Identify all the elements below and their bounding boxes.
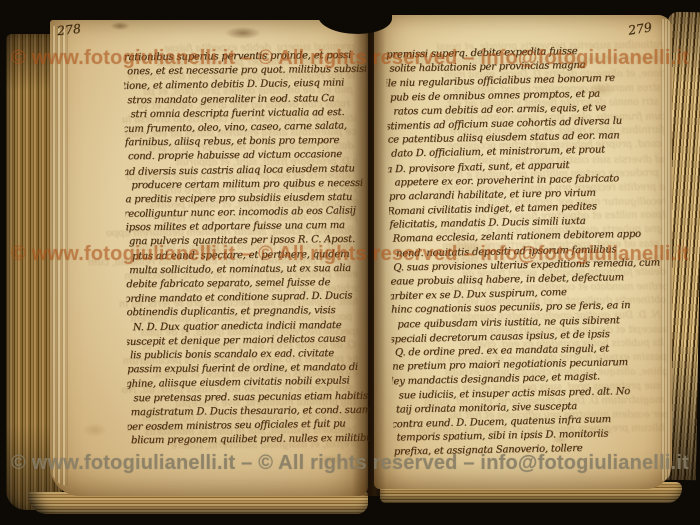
manuscript-line: blicum pregonem quilibet pred. nulles ex… <box>131 432 370 449</box>
page-number-left: 278 <box>56 21 81 38</box>
manuscript-line: lis publicis bonis scandalo ex ead. civi… <box>130 347 370 364</box>
watermark-bottom: © www.fotogiulianelli.it – © All rights … <box>0 452 700 475</box>
manuscript-line: producere certam militum pro quibus e ne… <box>131 176 370 193</box>
watermark-top: © www.fotogiulianelli.it – © All rights … <box>0 47 700 70</box>
watermark-middle: © www.fotogiulianelli.it – © All rights … <box>0 243 700 266</box>
manuscript-photo: premissi superq. debite expedita fuisses… <box>0 0 700 525</box>
